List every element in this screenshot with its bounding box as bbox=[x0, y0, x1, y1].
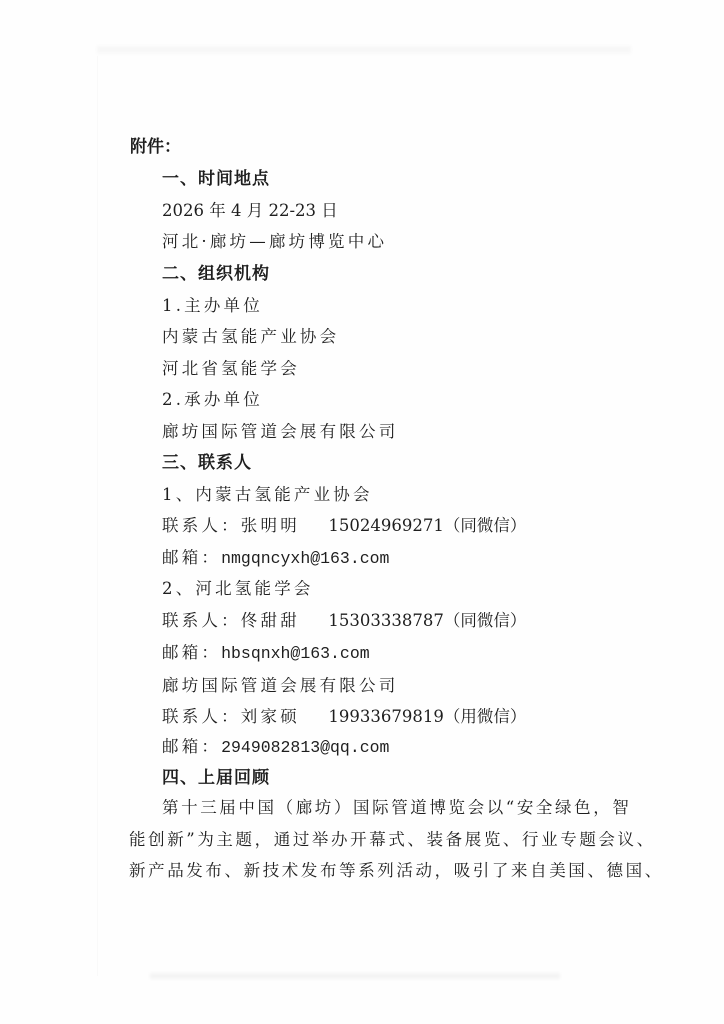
contact-email-row: 邮箱：hbsqnxh@163.com bbox=[162, 643, 370, 663]
contact-email-row: 邮箱：nmgqncyxh@163.com bbox=[162, 548, 389, 568]
attachment-label: 附件： bbox=[130, 137, 181, 157]
section2-heading: 二、组织机构 bbox=[162, 264, 270, 284]
contact-phone: 15024969271（同微信） bbox=[328, 516, 526, 535]
contact-person-row: 联系人：佟甜甜 15303338787（同微信） bbox=[162, 611, 526, 631]
contact-email: hbsqnxh@163.com bbox=[221, 644, 370, 663]
contact-org: 2、河北氢能学会 bbox=[162, 579, 314, 599]
organizer-label: 2.承办单位 bbox=[162, 390, 263, 410]
contact-email: nmgqncyxh@163.com bbox=[221, 549, 389, 568]
host-item: 河北省氢能学会 bbox=[162, 359, 300, 379]
email-label: 邮箱： bbox=[162, 548, 221, 567]
contact-person: 联系人：刘家硕 bbox=[162, 707, 300, 726]
contact-email: 2949082813@qq.com bbox=[221, 738, 389, 757]
review-paragraph-line: 能创新”为主题，通过举办开幕式、装备展览、行业专题会议、 bbox=[129, 830, 656, 850]
document-page: 附件： 一、时间地点 2026 年 4 月 22-23 日 河北·廊坊—廊坊博览… bbox=[0, 0, 724, 1024]
section3-heading: 三、联系人 bbox=[162, 453, 252, 473]
event-location: 河北·廊坊—廊坊博览中心 bbox=[162, 232, 387, 252]
contact-phone: 19933679819（用微信） bbox=[328, 707, 526, 726]
organizer-item: 廊坊国际管道会展有限公司 bbox=[162, 422, 398, 442]
contact-person: 联系人：佟甜甜 bbox=[162, 611, 300, 630]
email-label: 邮箱： bbox=[162, 737, 221, 756]
contact-org: 廊坊国际管道会展有限公司 bbox=[162, 676, 398, 696]
contact-phone: 15303338787（同微信） bbox=[328, 611, 526, 630]
section1-heading: 一、时间地点 bbox=[162, 169, 270, 189]
contact-org: 1、内蒙古氢能产业协会 bbox=[162, 485, 373, 505]
email-label: 邮箱： bbox=[162, 643, 221, 662]
section4-heading: 四、上届回顾 bbox=[162, 768, 270, 788]
review-paragraph-line: 第十三届中国（廊坊）国际管道博览会以“安全绿色，智 bbox=[162, 798, 631, 818]
contact-person-row: 联系人：刘家硕 19933679819（用微信） bbox=[162, 707, 526, 727]
contact-person-row: 联系人：张明明 15024969271（同微信） bbox=[162, 516, 526, 536]
contact-person: 联系人：张明明 bbox=[162, 516, 300, 535]
host-label: 1.主办单位 bbox=[162, 296, 263, 316]
host-item: 内蒙古氢能产业协会 bbox=[162, 327, 339, 347]
review-paragraph-line: 新产品发布、新技术发布等系列活动，吸引了来自美国、德国、 bbox=[129, 861, 664, 881]
contact-email-row: 邮箱：2949082813@qq.com bbox=[162, 737, 389, 757]
event-date: 2026 年 4 月 22-23 日 bbox=[162, 201, 338, 221]
